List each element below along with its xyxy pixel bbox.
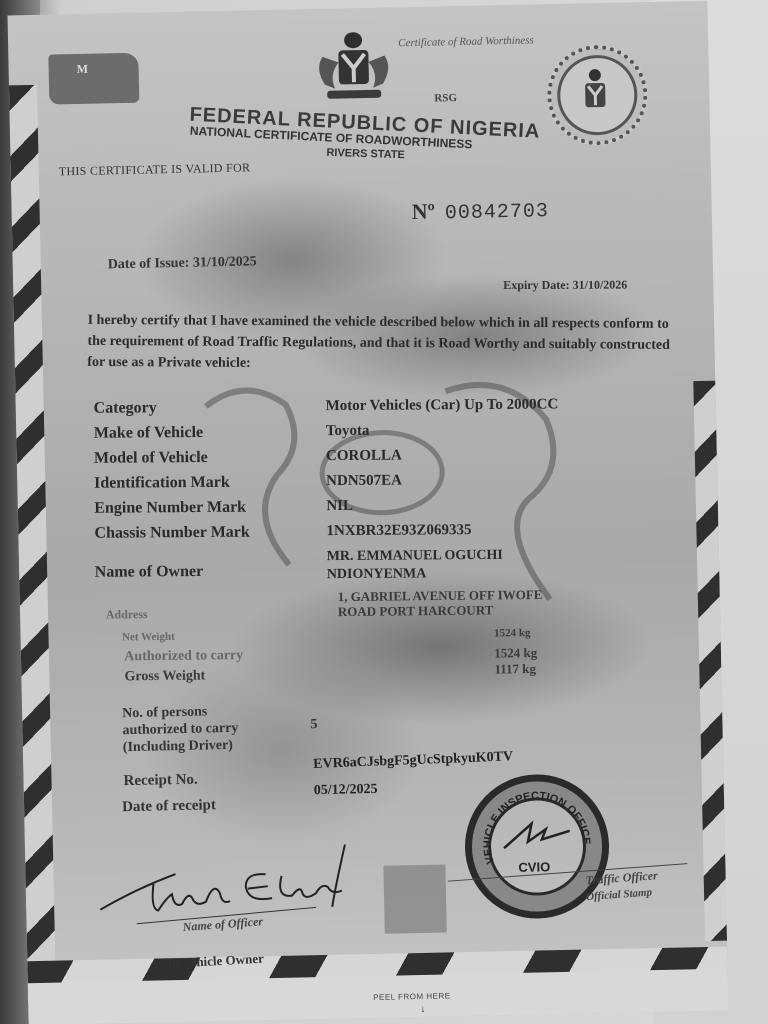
address-line1: 1, GABRIEL AVENUE OFF IWOFE (338, 587, 543, 604)
certificate-number-label: Nº (411, 199, 435, 224)
field-label: Model of Vehicle (94, 449, 208, 468)
address-label: Address (106, 607, 148, 622)
corner-logo-text: M (76, 62, 88, 77)
stamp-signature-icon (501, 819, 572, 850)
owner-value: MR. EMMANUEL OGUCHI NDIONYENMA (327, 547, 503, 584)
field-row: Engine Number Mark NIL (94, 496, 654, 525)
state-seal-icon (546, 44, 648, 146)
owner-name-line1: MR. EMMANUEL OGUCHI (327, 548, 503, 564)
persons-label-line2: authorized to carry (122, 721, 238, 738)
corner-logo: M (48, 53, 139, 105)
weights-and-address: Address 1, GABRIEL AVENUE OFF IWOFE ROAD… (106, 586, 667, 692)
roadworthiness-certificate: PEEL FROM HERE ↓ M Certificate of Road W… (8, 1, 729, 1024)
net-weight-value: 1524 kg (494, 627, 530, 639)
field-row: Model of Vehicle COROLLA (94, 446, 654, 475)
date-of-issue-value: 31/10/2025 (193, 254, 257, 270)
header-code: RSG (434, 92, 457, 104)
title-state: RIVERS STATE (326, 147, 405, 161)
persons-authorized-label: No. of persons authorized to carry (Incl… (122, 703, 239, 756)
field-label: Engine Number Mark (94, 499, 246, 518)
field-value: Toyota (326, 423, 370, 440)
gross-weight-value: 1117 kg (494, 661, 536, 677)
coat-of-arms-icon (308, 25, 400, 107)
expiry-date: Expiry Date: 31/10/2026 (503, 278, 627, 293)
receipt-date-label: Date of receipt (122, 797, 216, 816)
header-subtitle: Certificate of Road Worthiness (398, 34, 534, 49)
valid-for-label: THIS CERTIFICATE IS VALID FOR (59, 160, 251, 179)
field-label: Make of Vehicle (94, 424, 203, 443)
owner-label: Name of Owner (95, 563, 204, 582)
receipt-number-label: Receipt No. (123, 772, 197, 791)
certificate-number-value: 00842703 (445, 200, 549, 225)
owner-name-line2: NDIONYENMA (327, 566, 427, 582)
field-row: Chassis Number Mark 1NXBR32E93Z069335 (94, 521, 654, 550)
persons-label-line1: No. of persons (122, 704, 207, 721)
address-line2: ROAD PORT HARCOURT (338, 602, 494, 619)
field-label: Category (94, 399, 157, 417)
field-row: Category Motor Vehicles (Car) Up To 2000… (94, 396, 654, 425)
expiry-date-value: 31/10/2026 (573, 278, 628, 292)
authorized-carry-value: 1524 kg (494, 645, 537, 661)
date-of-issue: Date of Issue: 31/10/2025 (108, 254, 257, 273)
receipt-number-value: EVR6aCJsbgF5gUcStpkyuK0TV (313, 749, 513, 773)
gross-weight-label: Gross Weight (124, 668, 205, 685)
persons-authorized-value: 5 (310, 717, 317, 733)
gross-weight-row: Gross Weight 1117 kg (106, 664, 666, 692)
field-value: 1NXBR32E93Z069335 (326, 522, 471, 540)
photo-placeholder (383, 864, 446, 933)
field-label: Chassis Number Mark (94, 524, 249, 543)
arrow-down-icon: ↓ (420, 1004, 425, 1015)
certificate-number: Nº00842703 (411, 196, 549, 226)
vehicle-details: Category Motor Vehicles (Car) Up To 2000… (94, 396, 655, 602)
field-value: NIL (326, 498, 353, 515)
field-value: Motor Vehicles (Car) Up To 2000CC (326, 396, 559, 415)
expiry-date-label: Expiry Date: (503, 278, 569, 292)
field-value: NDN507EA (326, 473, 402, 491)
address-row: Address 1, GABRIEL AVENUE OFF IWOFE ROAD… (106, 586, 666, 632)
field-label: Identification Mark (94, 474, 230, 493)
receipt-date-value: 05/12/2025 (314, 782, 378, 799)
peel-instruction: PEEL FROM HERE (373, 991, 451, 1002)
field-value: COROLLA (326, 448, 402, 466)
authorized-carry-label: Authorized to carry (124, 648, 243, 665)
date-of-issue-label: Date of Issue: (108, 256, 190, 273)
field-row: Make of Vehicle Toyota (94, 421, 654, 450)
address-value: 1, GABRIEL AVENUE OFF IWOFE ROAD PORT HA… (338, 587, 543, 619)
persons-label-line3: (Including Driver) (123, 738, 233, 755)
field-row: Identification Mark NDN507EA (94, 471, 654, 500)
net-weight-label: Net Weight (122, 631, 175, 644)
